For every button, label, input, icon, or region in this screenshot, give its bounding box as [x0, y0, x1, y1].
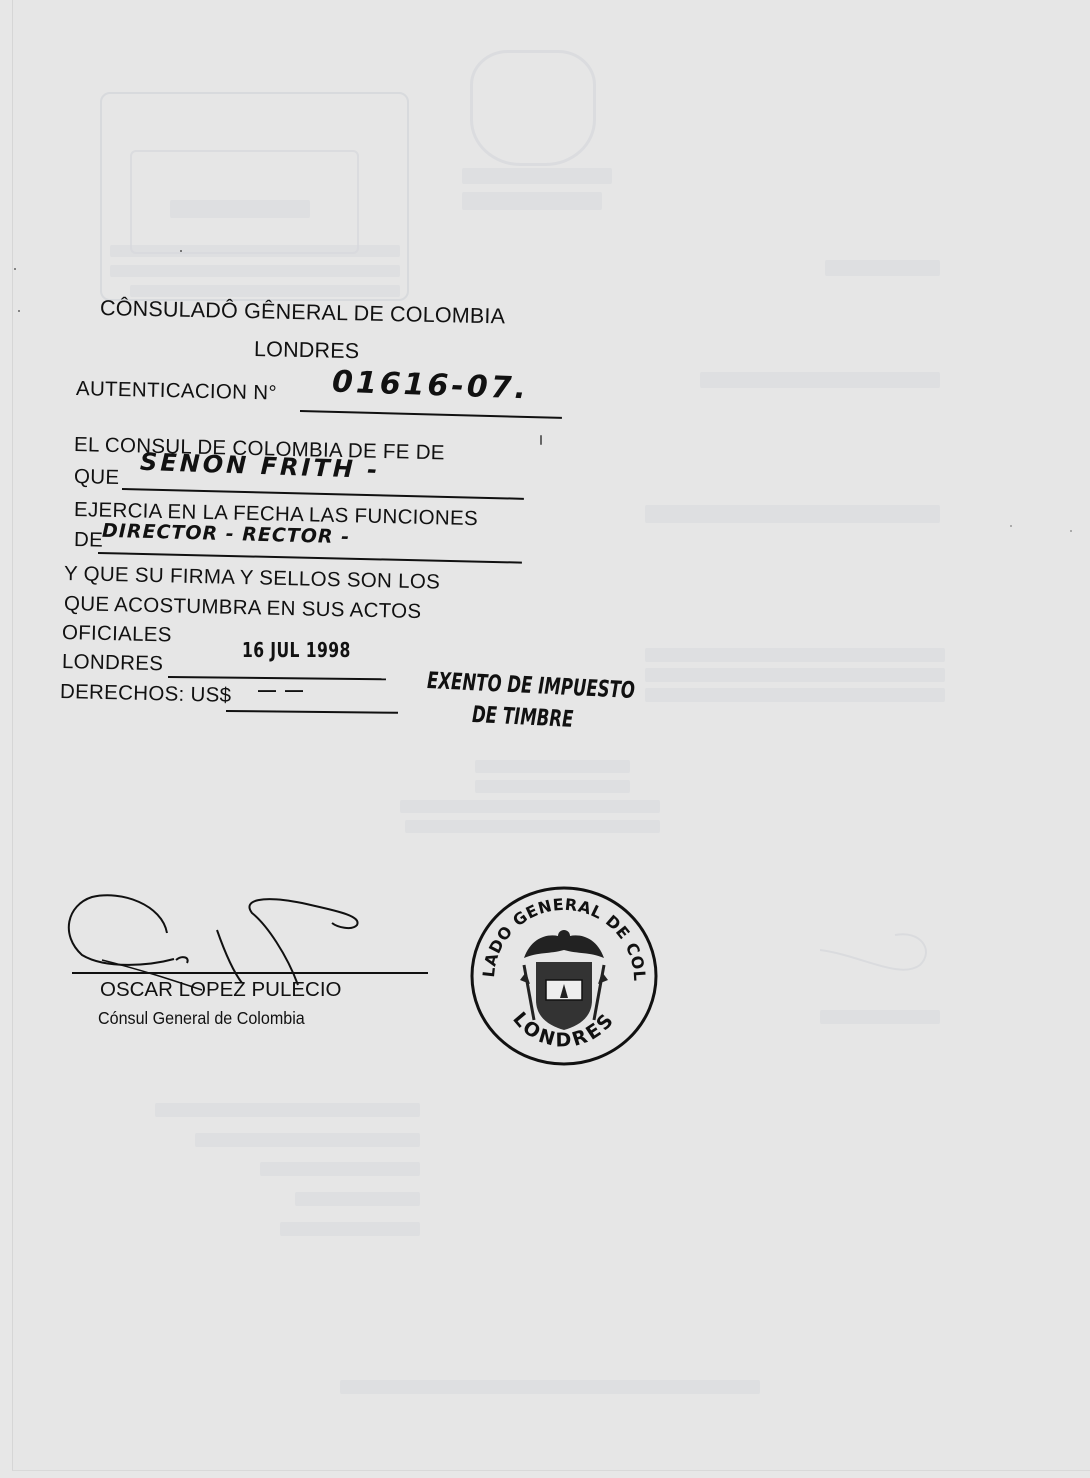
signature-statement-3: OFICIALES — [62, 621, 172, 647]
signature-line — [72, 972, 428, 974]
bleed-through-paragraph — [645, 688, 945, 702]
place-label: LONDRES — [62, 650, 164, 676]
bleed-through-list — [475, 760, 630, 773]
signatory-name: OSCAR LOPEZ PULECIO — [100, 978, 342, 1002]
bleed-through-address — [280, 1222, 420, 1236]
tax-exempt-line2: DE TIMBRE — [472, 702, 574, 733]
bleed-through-salutation — [700, 372, 940, 388]
bleed-through-address — [295, 1192, 420, 1206]
authentication-number: 01616-07. — [331, 365, 529, 407]
bleed-through-stamp-date — [170, 200, 310, 218]
bleed-through-stamp-text — [110, 245, 400, 257]
bleed-through-address — [155, 1103, 420, 1117]
scan-speck — [14, 268, 16, 270]
bleed-through-signatory — [820, 1010, 940, 1024]
scan-speck — [18, 310, 20, 312]
bleed-through-list — [475, 780, 630, 793]
authentication-label: AUTENTICACION N° — [76, 377, 277, 406]
date-stamp: 16 JUL 1998 — [242, 638, 351, 662]
bleed-through-address — [195, 1133, 420, 1147]
stamp-city: LONDRES — [254, 337, 360, 364]
bleed-through-stamp-text — [110, 265, 400, 277]
bleed-through-paragraph — [645, 648, 945, 662]
de-label: DE — [74, 528, 104, 553]
fees-value: — — — [258, 680, 305, 701]
que-label: QUE — [74, 465, 120, 490]
bleed-through-list — [400, 800, 660, 813]
bleed-through-date — [825, 260, 940, 276]
bleed-through-signature — [820, 920, 940, 990]
fees-label: DERECHOS: US$ — [60, 680, 232, 708]
coat-of-arms-icon — [520, 930, 608, 1030]
bleed-through-address — [260, 1162, 420, 1176]
scan-speck — [540, 435, 542, 445]
bleed-through-list — [405, 820, 660, 833]
bleed-through-heading — [645, 505, 940, 523]
signatory-title: Cónsul General de Colombia — [98, 1008, 305, 1029]
consulate-seal: CONSULADO GENERAL DE COLOMBIA LONDRES — [462, 880, 662, 1070]
bleed-through-stamp-text — [130, 285, 400, 297]
bleed-through-paragraph — [645, 668, 945, 682]
bleed-through-footer — [340, 1380, 760, 1394]
scan-speck — [1070, 530, 1072, 532]
bleed-through-logo-text — [462, 192, 602, 210]
bleed-through-logo-text — [462, 168, 612, 184]
scan-speck — [1010, 525, 1012, 527]
bleed-through-university-logo — [470, 50, 596, 166]
scan-speck — [180, 250, 182, 252]
